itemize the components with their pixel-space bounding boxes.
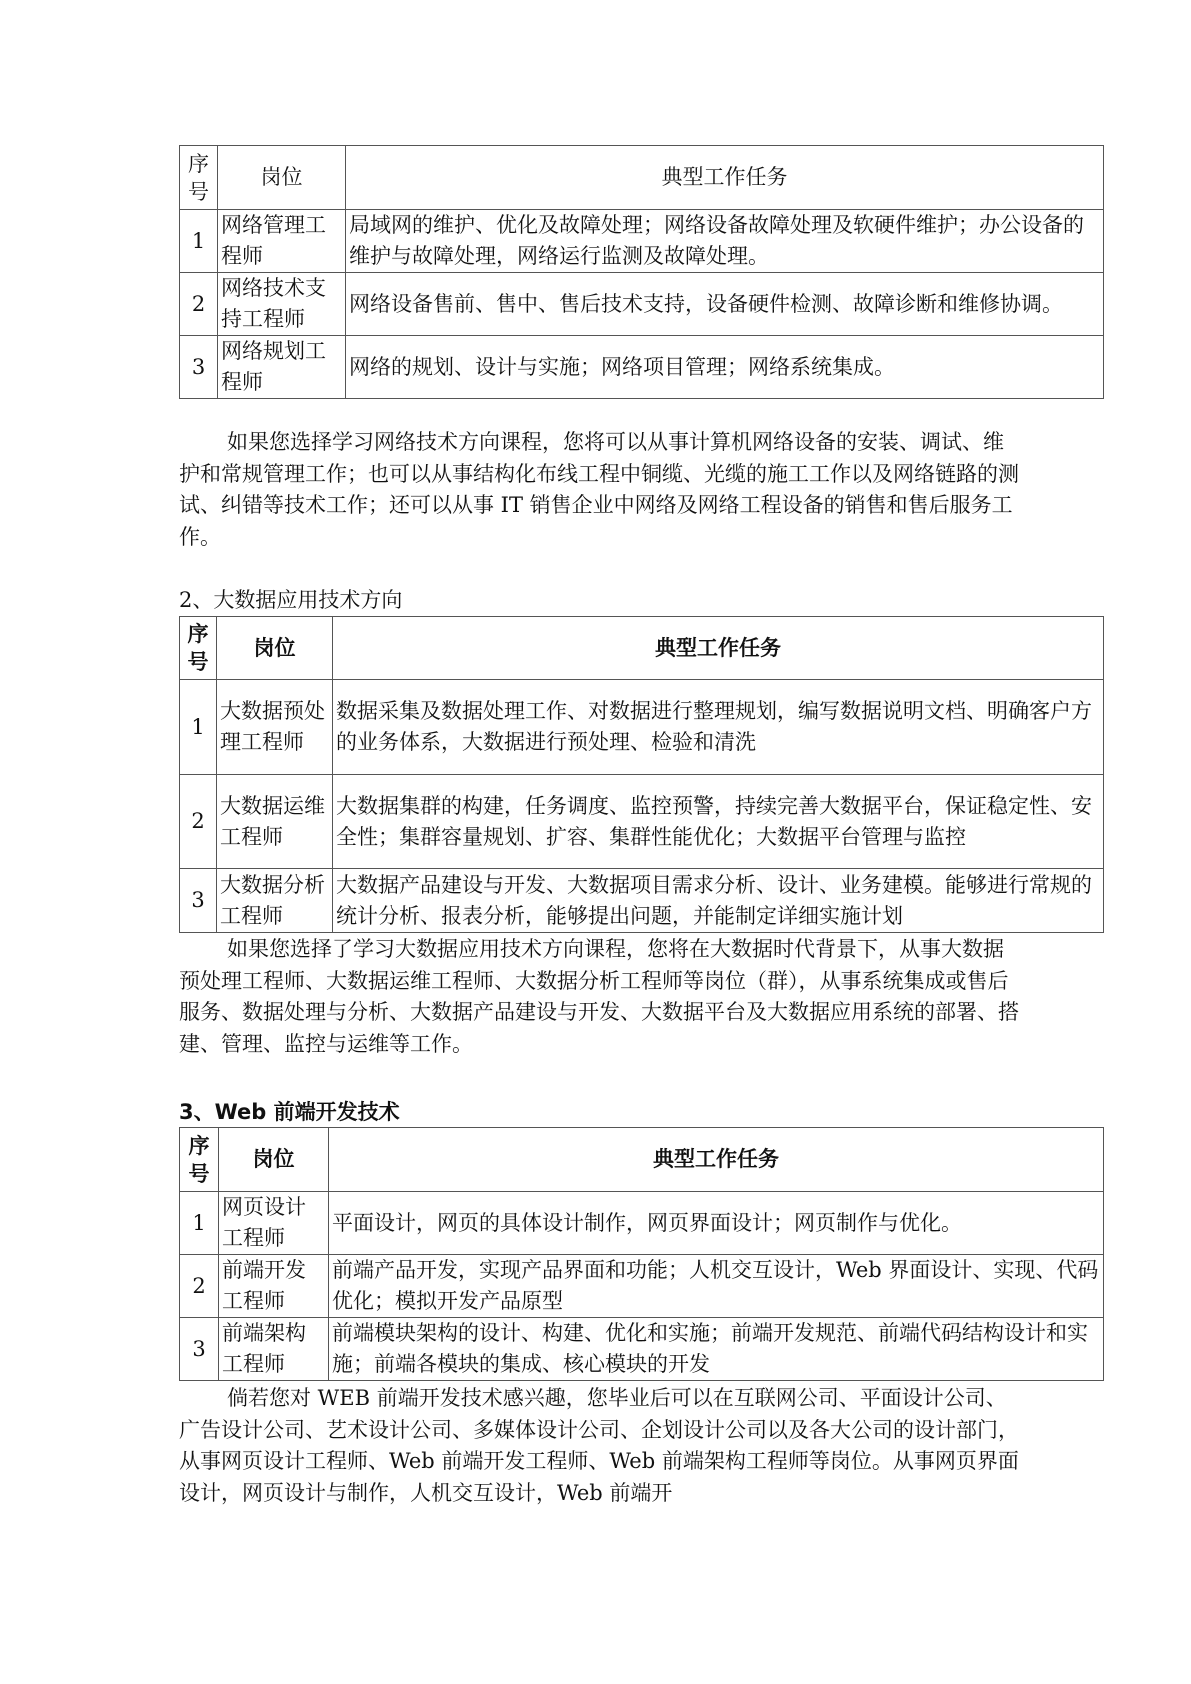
table-row: 3 前端架构工程师 前端模块架构的设计、构建、优化和实施；前端开发规范、前端代码…: [180, 1318, 1104, 1381]
header-num: 序号: [180, 146, 218, 210]
row-num: 1: [180, 1192, 219, 1255]
table-row: 1 网页设计工程师 平面设计，网页的具体设计制作，网页界面设计；网页制作与优化。: [180, 1192, 1104, 1255]
table-header-row: 序号 岗位 典型工作任务: [180, 1128, 1104, 1192]
paragraph-text: 如果您选择学习网络技术方向课程，您将可以从事计算机网络设备的安装、调试、维护和常…: [179, 427, 1019, 553]
header-position: 岗位: [219, 1128, 329, 1192]
row-position: 网络规划工程师: [218, 336, 346, 399]
paragraph-text: 如果您选择了学习大数据应用技术方向课程，您将在大数据时代背景下，从事大数据预处理…: [179, 934, 1019, 1060]
header-num: 序号: [180, 1128, 219, 1192]
row-tasks: 大数据集群的构建，任务调度、监控预警，持续完善大数据平台，保证稳定性、安全性；集…: [333, 775, 1104, 869]
row-num: 3: [180, 336, 218, 399]
row-tasks: 网络设备售前、售中、售后技术支持，设备硬件检测、故障诊断和维修协调。: [346, 273, 1104, 336]
row-position: 大数据分析工程师: [217, 869, 333, 933]
network-jobs-table: 序号 岗位 典型工作任务 1 网络管理工程师 局域网的维护、优化及故障处理；网络…: [179, 145, 1104, 399]
row-num: 2: [180, 1255, 219, 1318]
header-num: 序号: [180, 617, 217, 680]
paragraph-text: 倘若您对 WEB 前端开发技术感兴趣，您毕业后可以在互联网公司、平面设计公司、广…: [179, 1383, 1019, 1509]
row-tasks: 平面设计，网页的具体设计制作，网页界面设计；网页制作与优化。: [329, 1192, 1104, 1255]
row-num: 3: [180, 1318, 219, 1381]
row-num: 2: [180, 775, 217, 869]
header-tasks: 典型工作任务: [329, 1128, 1104, 1192]
section-heading-web: 3、Web 前端开发技术: [179, 1098, 400, 1126]
header-position: 岗位: [218, 146, 346, 210]
header-tasks: 典型工作任务: [333, 617, 1104, 680]
header-tasks: 典型工作任务: [346, 146, 1104, 210]
row-position: 网页设计工程师: [219, 1192, 329, 1255]
bigdata-paragraph: 如果您选择了学习大数据应用技术方向课程，您将在大数据时代背景下，从事大数据预处理…: [179, 934, 1019, 1060]
row-position: 网络技术支持工程师: [218, 273, 346, 336]
row-tasks: 前端产品开发，实现产品界面和功能；人机交互设计，Web 界面设计、实现、代码优化…: [329, 1255, 1104, 1318]
table-row: 2 前端开发工程师 前端产品开发，实现产品界面和功能；人机交互设计，Web 界面…: [180, 1255, 1104, 1318]
table-header-row: 序号 岗位 典型工作任务: [180, 146, 1104, 210]
table-row: 3 大数据分析工程师 大数据产品建设与开发、大数据项目需求分析、设计、业务建模。…: [180, 869, 1104, 933]
section-heading-bigdata: 2、大数据应用技术方向: [179, 586, 402, 614]
table-header-row: 序号 岗位 典型工作任务: [180, 617, 1104, 680]
table-row: 2 大数据运维工程师 大数据集群的构建，任务调度、监控预警，持续完善大数据平台，…: [180, 775, 1104, 869]
row-position: 大数据预处理工程师: [217, 680, 333, 775]
web-jobs-table: 序号 岗位 典型工作任务 1 网页设计工程师 平面设计，网页的具体设计制作，网页…: [179, 1127, 1104, 1381]
web-paragraph: 倘若您对 WEB 前端开发技术感兴趣，您毕业后可以在互联网公司、平面设计公司、广…: [179, 1383, 1019, 1509]
row-tasks: 数据采集及数据处理工作、对数据进行整理规划，编写数据说明文档、明确客户方的业务体…: [333, 680, 1104, 775]
table-row: 1 网络管理工程师 局域网的维护、优化及故障处理；网络设备故障处理及软硬件维护；…: [180, 210, 1104, 273]
row-num: 1: [180, 680, 217, 775]
row-position: 前端开发工程师: [219, 1255, 329, 1318]
row-num: 1: [180, 210, 218, 273]
row-num: 2: [180, 273, 218, 336]
table-row: 3 网络规划工程师 网络的规划、设计与实施；网络项目管理；网络系统集成。: [180, 336, 1104, 399]
bigdata-jobs-table: 序号 岗位 典型工作任务 1 大数据预处理工程师 数据采集及数据处理工作、对数据…: [179, 616, 1104, 933]
table-row: 1 大数据预处理工程师 数据采集及数据处理工作、对数据进行整理规划，编写数据说明…: [180, 680, 1104, 775]
row-position: 大数据运维工程师: [217, 775, 333, 869]
row-tasks: 网络的规划、设计与实施；网络项目管理；网络系统集成。: [346, 336, 1104, 399]
table-row: 2 网络技术支持工程师 网络设备售前、售中、售后技术支持，设备硬件检测、故障诊断…: [180, 273, 1104, 336]
row-num: 3: [180, 869, 217, 933]
row-position: 网络管理工程师: [218, 210, 346, 273]
row-tasks: 前端模块架构的设计、构建、优化和实施；前端开发规范、前端代码结构设计和实施；前端…: [329, 1318, 1104, 1381]
row-position: 前端架构工程师: [219, 1318, 329, 1381]
row-tasks: 局域网的维护、优化及故障处理；网络设备故障处理及软硬件维护；办公设备的维护与故障…: [346, 210, 1104, 273]
document-page: 序号 岗位 典型工作任务 1 网络管理工程师 局域网的维护、优化及故障处理；网络…: [0, 0, 1191, 1684]
header-position: 岗位: [217, 617, 333, 680]
network-paragraph: 如果您选择学习网络技术方向课程，您将可以从事计算机网络设备的安装、调试、维护和常…: [179, 427, 1019, 553]
row-tasks: 大数据产品建设与开发、大数据项目需求分析、设计、业务建模。能够进行常规的统计分析…: [333, 869, 1104, 933]
